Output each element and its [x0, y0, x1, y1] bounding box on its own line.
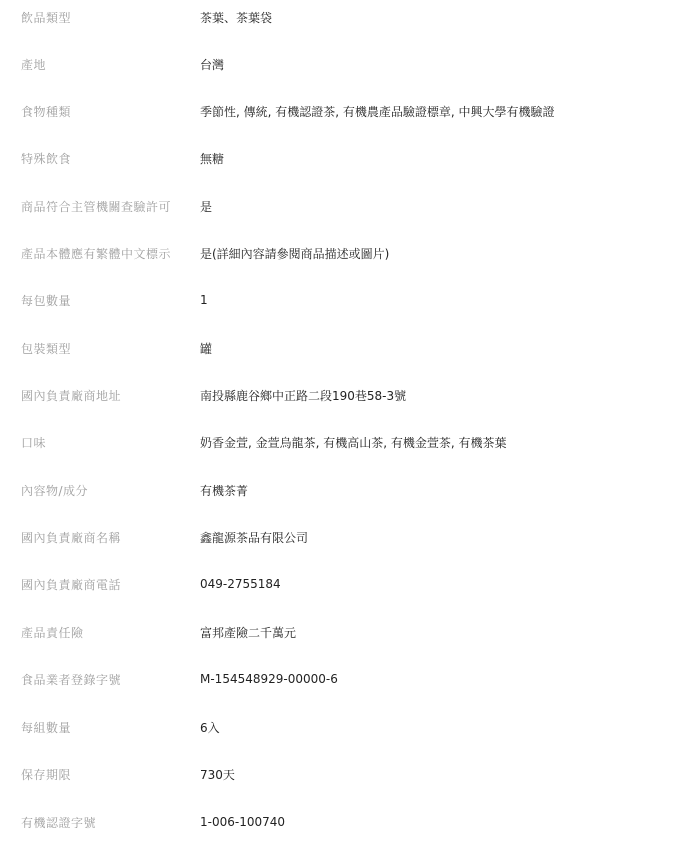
spec-value: 茶葉、茶葉袋	[200, 9, 272, 26]
spec-value: 6入	[200, 719, 220, 736]
spec-value: 鑫龍源茶品有限公司	[200, 529, 308, 546]
spec-row-vendor-name: 國內負責廠商名稱 鑫龍源茶品有限公司	[0, 525, 695, 549]
spec-row-ingredients: 內容物/成分 有機茶菁	[0, 478, 695, 502]
spec-label: 包裝類型	[21, 340, 71, 357]
spec-label: 商品符合主管機關查驗許可	[21, 198, 171, 215]
spec-row-origin: 產地 台灣	[0, 52, 695, 76]
spec-value: 罐	[200, 340, 212, 357]
spec-value: 台灣	[200, 56, 224, 73]
spec-row-special-diet: 特殊飲食 無糖	[0, 146, 695, 170]
spec-row-quantity-per-set: 每組數量 6入	[0, 715, 695, 739]
spec-value: 富邦產險二千萬元	[200, 624, 296, 641]
spec-value: 有機茶菁	[200, 482, 248, 499]
spec-row-quantity-per-pack: 每包數量 1	[0, 288, 695, 312]
spec-label: 食品業者登錄字號	[21, 671, 121, 688]
spec-value: 730天	[200, 766, 235, 783]
spec-label: 產品責任險	[21, 624, 84, 641]
spec-value: 南投縣鹿谷鄉中正路二段190巷58-3號	[200, 387, 406, 404]
spec-label: 每包數量	[21, 292, 71, 309]
spec-row-flavor: 口味 奶香金萱, 金萱烏龍茶, 有機高山茶, 有機金萱茶, 有機茶葉	[0, 430, 695, 454]
spec-label: 國內負責廠商名稱	[21, 529, 121, 546]
spec-value: 奶香金萱, 金萱烏龍茶, 有機高山茶, 有機金萱茶, 有機茶葉	[200, 434, 507, 451]
spec-label: 產地	[21, 56, 46, 73]
spec-value: 1-006-100740	[200, 815, 285, 829]
spec-value: 無糖	[200, 150, 224, 167]
spec-label: 保存期限	[21, 766, 71, 783]
spec-label: 每組數量	[21, 719, 71, 736]
spec-label: 內容物/成分	[21, 482, 88, 499]
spec-row-beverage-type: 飲品類型 茶葉、茶葉袋	[0, 5, 695, 29]
spec-value: 1	[200, 293, 208, 307]
spec-label: 食物種類	[21, 103, 71, 120]
spec-row-food-type: 食物種類 季節性, 傳統, 有機認證茶, 有機農產品驗證標章, 中興大學有機驗證	[0, 99, 695, 123]
spec-label: 有機認證字號	[21, 814, 96, 831]
spec-label: 特殊飲食	[21, 150, 71, 167]
spec-row-vendor-phone: 國內負責廠商電話 049-2755184	[0, 572, 695, 596]
spec-value: M-154548929-00000-6	[200, 672, 338, 686]
spec-row-package-type: 包裝類型 罐	[0, 336, 695, 360]
spec-label: 飲品類型	[21, 9, 71, 26]
spec-value: 是(詳細內容請參閱商品描述或圖片)	[200, 245, 389, 262]
spec-row-liability-insurance: 產品責任險 富邦產險二千萬元	[0, 620, 695, 644]
spec-value: 季節性, 傳統, 有機認證茶, 有機農產品驗證標章, 中興大學有機驗證	[200, 103, 555, 120]
spec-label: 口味	[21, 434, 46, 451]
spec-value: 049-2755184	[200, 577, 281, 591]
spec-label: 國內負責廠商電話	[21, 576, 121, 593]
spec-value: 是	[200, 198, 212, 215]
spec-row-shelf-life: 保存期限 730天	[0, 762, 695, 786]
spec-label: 產品本體應有繁體中文標示	[21, 245, 171, 262]
spec-row-chinese-labeling: 產品本體應有繁體中文標示 是(詳細內容請參閱商品描述或圖片)	[0, 241, 695, 265]
spec-label: 國內負責廠商地址	[21, 387, 121, 404]
spec-row-vendor-address: 國內負責廠商地址 南投縣鹿谷鄉中正路二段190巷58-3號	[0, 383, 695, 407]
spec-row-food-business-registration: 食品業者登錄字號 M-154548929-00000-6	[0, 667, 695, 691]
spec-row-organic-certification: 有機認證字號 1-006-100740	[0, 810, 695, 834]
spec-row-regulatory-approval: 商品符合主管機關查驗許可 是	[0, 194, 695, 218]
